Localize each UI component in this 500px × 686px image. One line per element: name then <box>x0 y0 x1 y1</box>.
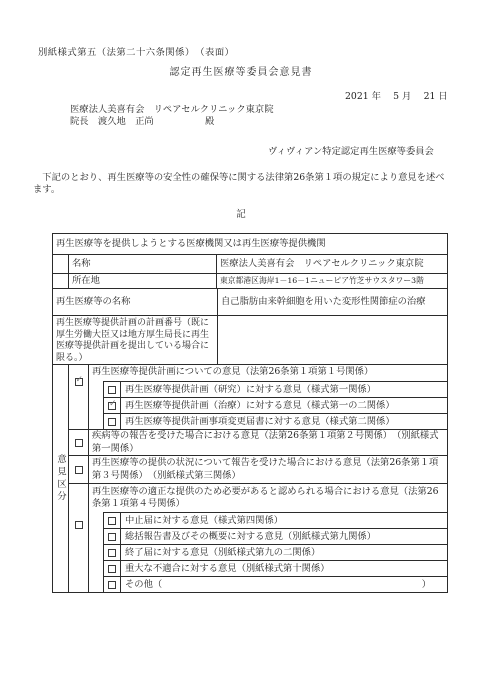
discontinuation-checkbox-cell <box>104 513 121 528</box>
research-plan-label: 再生医療等提供計画（研究）に対する意見（様式第一関係） <box>121 382 447 397</box>
plan-number-label: 再生医療等提供計画の計画番号（既に厚生労働大臣又は地方厚生局長に再生医療等提供計… <box>53 316 218 364</box>
proper-provision-checkbox[interactable] <box>75 521 83 529</box>
completion-label: 終了届に対する意見（別紙様式第九の二関係） <box>121 545 447 560</box>
plan-opinion-heading: 再生医療等提供計画についての意見（法第26条第１項第１号関係） <box>89 365 447 381</box>
name-label: 名称 <box>69 255 217 273</box>
summary-report-label: 総括報告書及びその概要に対する意見（別紙様式第九関係） <box>121 529 447 544</box>
opinion-group-proper-provision: 再生医療等の適正な提供のため必要があると認められる場合における意見（法第26条第… <box>69 484 447 592</box>
issue-date: 2021 年 5 月 21 日 <box>345 88 448 102</box>
check-mark-icon: ✓ <box>76 376 84 385</box>
sub-option-row: 再生医療等提供計画事項変更届書に対する意見（様式第二関係） <box>89 413 447 429</box>
disease-report-checkbox-cell <box>69 430 89 455</box>
other-checkbox-cell <box>104 577 121 592</box>
proper-provision-heading: 再生医療等の適正な提供のため必要があると認められる場合における意見（法第26条第… <box>89 484 447 512</box>
other-label-cell: その他（ ） <box>121 577 447 592</box>
plan-change-option: 再生医療等提供計画事項変更届書に対する意見（様式第二関係） <box>103 413 447 429</box>
treatment-plan-checkbox-cell: ✓ <box>104 398 121 413</box>
treatment-name-row: 再生医療等の名称 自己脂肪由来幹細胞を用いた変形性関節症の治療 <box>53 289 447 316</box>
disease-report-checkbox[interactable] <box>75 439 83 447</box>
recipient-name: 院長 渡久地 正尚 <box>70 116 154 127</box>
sub-indent <box>89 512 103 528</box>
plan-change-checkbox[interactable] <box>108 418 116 426</box>
opinion-group-provision-status: 再生医療等の提供の状況について報告を受けた場合における意見（法第26条第１項第３… <box>69 456 447 484</box>
form-reference: 別紙様式第五（法第二十六条関係） （表面） <box>38 44 234 58</box>
sub-indent <box>89 381 103 397</box>
opinion-group-disease-report: 疾病等の報告を受けた場合における意見（法第26条第１項第２号関係） （別紙様式第… <box>69 430 447 456</box>
research-plan-option: 再生医療等提供計画（研究）に対する意見（様式第一関係） <box>103 381 447 397</box>
name-value: 医療法人美喜有会 リペアセルクリニック東京院 <box>217 255 447 273</box>
treatment-plan-checkbox[interactable]: ✓ <box>108 402 116 410</box>
completion-checkbox-cell <box>104 545 121 560</box>
document-page: 別紙様式第五（法第二十六条関係） （表面） 認定再生医療等委員会意見書 2021… <box>0 0 500 686</box>
plan-change-label: 再生医療等提供計画事項変更届書に対する意見（様式第二関係） <box>121 414 447 429</box>
completion-option: 終了届に対する意見（別紙様式第九の二関係） <box>103 544 447 560</box>
nonconformity-checkbox[interactable] <box>108 565 116 573</box>
opinion-groups: ✓ 再生医療等提供計画についての意見（法第26条第１項第１号関係） 再生医療等提… <box>69 365 447 592</box>
summary-report-checkbox-cell <box>104 529 121 544</box>
page-title: 認定再生医療等委員会意見書 <box>0 63 482 78</box>
sub-option-row: 終了届に対する意見（別紙様式第九の二関係） <box>89 544 447 560</box>
sub-indent <box>89 528 103 544</box>
treatment-plan-label: 再生医療等提供計画（治療）に対する意見（様式第一の二関係） <box>121 398 447 413</box>
check-mark-icon: ✓ <box>109 400 117 409</box>
provider-header-row: 再生医療等を提供しようとする医療機関又は再生医療等提供機関 <box>53 234 447 255</box>
address-row: 所在地 東京都港区海岸1－16－1ニューピア竹芝サウスタワー3階 <box>53 274 447 289</box>
provider-section-header: 再生医療等を提供しようとする医療機関又は再生医療等提供機関 <box>53 237 329 250</box>
plan-number-row: 再生医療等提供計画の計画番号（既に厚生労働大臣又は地方厚生局長に再生医療等提供計… <box>53 316 447 365</box>
name-row: 名称 医療法人美喜有会 リペアセルクリニック東京院 <box>53 255 447 274</box>
sub-indent <box>89 544 103 560</box>
provision-status-checkbox[interactable] <box>75 466 83 474</box>
opinion-category-block: 意見区分 ✓ 再生医療等提供計画についての意見（法第26条第１項第１号関係） <box>53 365 447 592</box>
treatment-plan-option: ✓ 再生医療等提供計画（治療）に対する意見（様式第一の二関係） <box>103 397 447 413</box>
disease-report-label: 疾病等の報告を受けた場合における意見（法第26条第１項第２号関係） （別紙様式第… <box>89 430 447 455</box>
discontinuation-checkbox[interactable] <box>108 517 116 525</box>
nonconformity-option: 重大な不適合に対する意見（別紙様式第十関係） <box>103 560 447 576</box>
other-label: その他（ <box>125 579 162 590</box>
opinion-form-table: 再生医療等を提供しようとする医療機関又は再生医療等提供機関 名称 医療法人美喜有… <box>52 233 448 593</box>
nonconformity-checkbox-cell <box>104 561 121 576</box>
plan-change-checkbox-cell <box>104 414 121 429</box>
treatment-name-label: 再生医療等の名称 <box>53 289 218 315</box>
sub-option-row: 総括報告書及びその概要に対する意見（別紙様式第九関係） <box>89 528 447 544</box>
honorific: 殿 <box>205 113 214 127</box>
research-plan-checkbox[interactable] <box>108 386 116 394</box>
proper-provision-content: 再生医療等の適正な提供のため必要があると認められる場合における意見（法第26条第… <box>89 484 447 592</box>
completion-checkbox[interactable] <box>108 549 116 557</box>
sub-option-row: 再生医療等提供計画（研究）に対する意見（様式第一関係） <box>89 381 447 397</box>
sub-option-row: その他（ ） <box>89 576 447 592</box>
sub-option-row: 中止届に対する意見（様式第四関係） <box>89 512 447 528</box>
indent-cell <box>53 255 69 273</box>
other-option: その他（ ） <box>103 576 447 592</box>
plan-opinion-checkbox[interactable]: ✓ <box>75 378 83 386</box>
provision-status-checkbox-cell <box>69 456 89 483</box>
opinion-group-plan: ✓ 再生医療等提供計画についての意見（法第26条第１項第１号関係） 再生医療等提… <box>69 365 447 430</box>
plan-opinion-checkbox-cell: ✓ <box>69 365 89 429</box>
provision-status-label: 再生医療等の提供の状況について報告を受けた場合における意見（法第26条第１項第３… <box>89 456 447 483</box>
sub-option-row: 重大な不適合に対する意見（別紙様式第十関係） <box>89 560 447 576</box>
sub-option-row: ✓ 再生医療等提供計画（治療）に対する意見（様式第一の二関係） <box>89 397 447 413</box>
opinion-category-label: 意見区分 <box>55 454 66 503</box>
summary-report-option: 総括報告書及びその概要に対する意見（別紙様式第九関係） <box>103 528 447 544</box>
plan-number-value <box>218 316 447 364</box>
sub-indent <box>89 560 103 576</box>
other-close-paren: ） <box>422 579 447 590</box>
address-label: 所在地 <box>69 274 217 288</box>
research-plan-checkbox-cell <box>104 382 121 397</box>
summary-report-checkbox[interactable] <box>108 533 116 541</box>
record-heading: 記 <box>0 206 482 220</box>
opinion-statement: 下記のとおり、再生医療等の安全性の確保等に関する法律第26条第１項の規定により意… <box>33 172 451 195</box>
opinion-category-cell: 意見区分 <box>53 365 69 592</box>
sub-indent <box>89 397 103 413</box>
indent-cell <box>53 274 69 288</box>
committee-name: ヴィヴィアン特定認定再生医療等委員会 <box>268 143 434 157</box>
plan-opinion-content: 再生医療等提供計画についての意見（法第26条第１項第１号関係） 再生医療等提供計… <box>89 365 447 429</box>
treatment-name-value: 自己脂肪由来幹細胞を用いた変形性関節症の治療 <box>218 289 447 315</box>
discontinuation-option: 中止届に対する意見（様式第四関係） <box>103 512 447 528</box>
discontinuation-label: 中止届に対する意見（様式第四関係） <box>121 513 447 528</box>
nonconformity-label: 重大な不適合に対する意見（別紙様式第十関係） <box>121 561 447 576</box>
other-checkbox[interactable] <box>108 581 116 589</box>
sub-indent <box>89 576 103 592</box>
sub-indent <box>89 413 103 429</box>
recipient-line: 院長 渡久地 正尚 殿 <box>70 113 154 127</box>
address-value: 東京都港区海岸1－16－1ニューピア竹芝サウスタワー3階 <box>217 274 447 288</box>
proper-provision-checkbox-cell <box>69 484 89 592</box>
